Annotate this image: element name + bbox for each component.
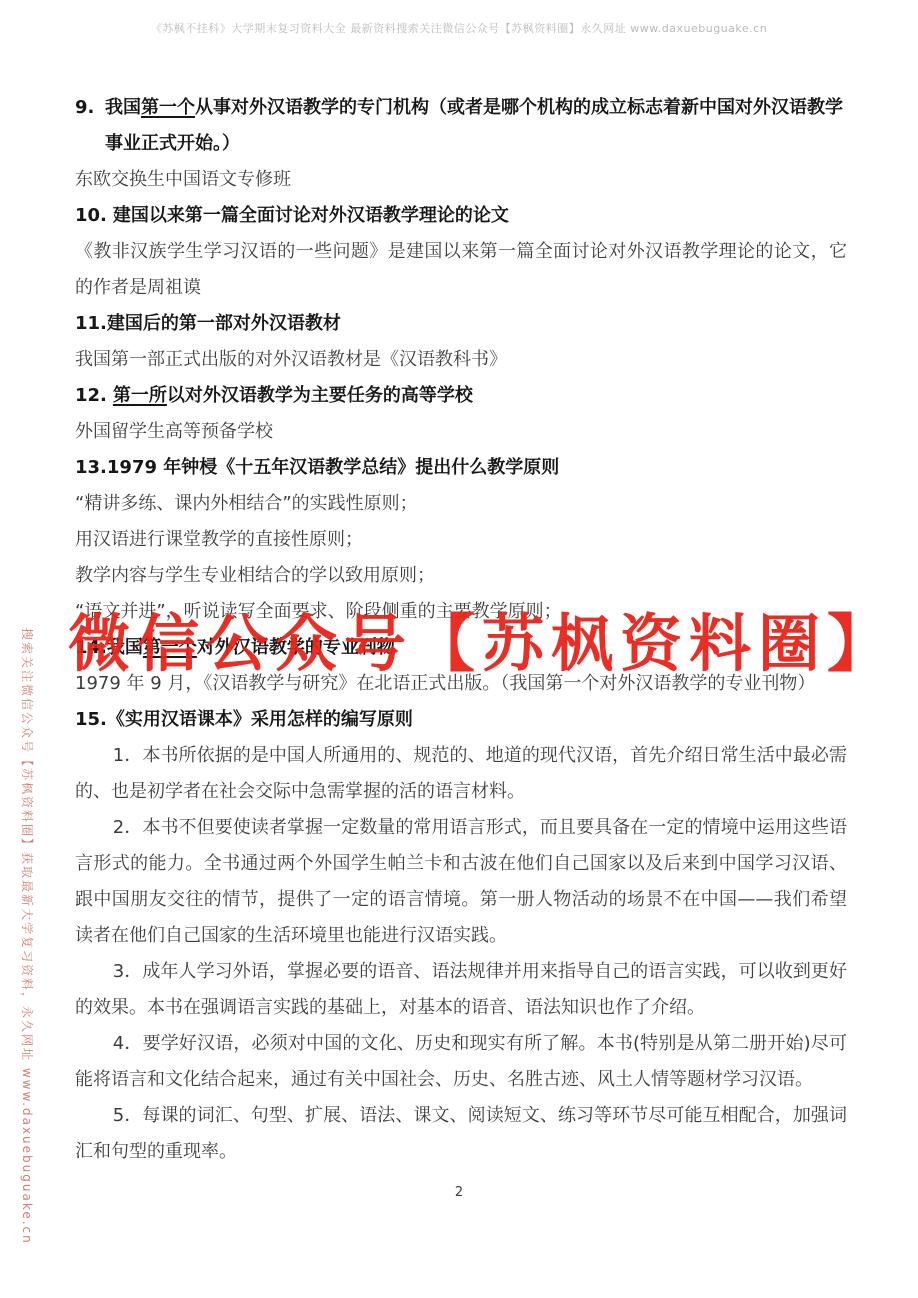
question-12-title-post: 以对外汉语教学为主要任务的高等学校 [167, 385, 473, 406]
question-12-title: 12.第一所以对外汉语教学为主要任务的高等学校 [75, 378, 847, 414]
question-15-title: 15.《实用汉语课本》采用怎样的编写原则 [75, 702, 847, 738]
question-14-title: 14.我国第一个对外汉语教学的专业刊物 [75, 630, 847, 666]
question-15-point-3: 3．成年人学习外语，掌握必要的语音、语法规律并用来指导自己的语言实践，可以收到更… [75, 954, 847, 1026]
question-9-title: 9.我国第一个从事对外汉语教学的专门机构（或者是哪个机构的成立标志着新中国对外汉… [75, 90, 847, 162]
question-10-title: 10.建国以来第一篇全面讨论对外汉语教学理论的论文 [75, 198, 847, 234]
question-9-title-pre: 我国 [105, 97, 141, 118]
question-12-answer: 外国留学生高等预备学校 [75, 414, 847, 450]
question-12-title-underlined: 第一所 [113, 385, 167, 406]
question-11-title: 11.建国后的第一部对外汉语教材 [75, 306, 847, 342]
question-12-number: 12. [75, 385, 107, 406]
question-15-title-text: 《实用汉语课本》采用怎样的编写原则 [107, 709, 413, 730]
question-13-title: 13.1979 年钟梫《十五年汉语教学总结》提出什么教学原则 [75, 450, 847, 486]
question-11-title-text: 建国后的第一部对外汉语教材 [107, 313, 341, 334]
question-14-title-pre: 我国 [107, 637, 143, 658]
question-11-number: 11. [75, 313, 107, 334]
question-11-answer: 我国第一部正式出版的对外汉语教材是《汉语教科书》 [75, 342, 847, 378]
document-page: 《苏枫不挂科》大学期末复习资料大全 最新资料搜索关注微信公众号【苏枫资料圈】永久… [0, 0, 918, 1298]
question-14-number: 14. [75, 637, 107, 658]
question-13-principle-1: “精讲多练、课内外相结合”的实践性原则； [75, 486, 847, 522]
question-13-principle-3: 教学内容与学生专业相结合的学以致用原则； [75, 558, 847, 594]
question-9-title-post: 从事对外汉语教学的专门机构（或者是哪个机构的成立标志着新中国对外汉语教学事业正式… [105, 97, 843, 154]
question-13-principle-2: 用汉语进行课堂教学的直接性原则； [75, 522, 847, 558]
page-header-text: 《苏枫不挂科》大学期末复习资料大全 最新资料搜索关注微信公众号【苏枫资料圈】永久… [0, 20, 918, 36]
question-10-title-text: 建国以来第一篇全面讨论对外汉语教学理论的论文 [113, 205, 509, 226]
question-14-title-underlined: 第一个 [143, 637, 197, 658]
page-number: 2 [0, 1185, 918, 1200]
question-13-number: 13. [75, 457, 107, 478]
question-15-point-1: 1．本书所依据的是中国人所通用的、规范的、地道的现代汉语，首先介绍日常生活中最必… [75, 738, 847, 810]
question-13-principle-4: “语文并进”，听说读写全面要求、阶段侧重的主要教学原则； [75, 594, 847, 630]
question-15-point-2: 2．本书不但要使读者掌握一定数量的常用语言形式，而且要具备在一定的情境中运用这些… [75, 810, 847, 954]
question-15-point-4: 4．要学好汉语，必须对中国的文化、历史和现实有所了解。本书(特别是从第二册开始)… [75, 1026, 847, 1098]
question-9-answer: 东欧交换生中国语文专修班 [75, 162, 847, 198]
document-body: 9.我国第一个从事对外汉语教学的专门机构（或者是哪个机构的成立标志着新中国对外汉… [75, 90, 847, 1170]
question-10-answer: 《教非汉族学生学习汉语的一些问题》是建国以来第一篇全面讨论对外汉语教学理论的论文… [75, 234, 847, 306]
question-14-answer: 1979 年 9 月，《汉语教学与研究》在北语正式出版。（我国第一个对外汉语教学… [75, 666, 847, 702]
side-vertical-promo-text: 搜索关注微信公众号【苏枫资料圈】获取最新大学复习资料，永久网址 www.daxu… [19, 628, 36, 1245]
question-10-number: 10. [75, 205, 107, 226]
question-13-title-text: 1979 年钟梫《十五年汉语教学总结》提出什么教学原则 [107, 457, 559, 478]
question-15-number: 15. [75, 709, 107, 730]
question-9-title-underlined: 第一个 [141, 97, 195, 118]
question-9-number: 9. [75, 90, 105, 126]
question-15-point-5: 5．每课的词汇、句型、扩展、语法、课文、阅读短文、练习等环节尽可能互相配合，加强… [75, 1098, 847, 1170]
question-14-title-post: 对外汉语教学的专业刊物 [197, 637, 395, 658]
